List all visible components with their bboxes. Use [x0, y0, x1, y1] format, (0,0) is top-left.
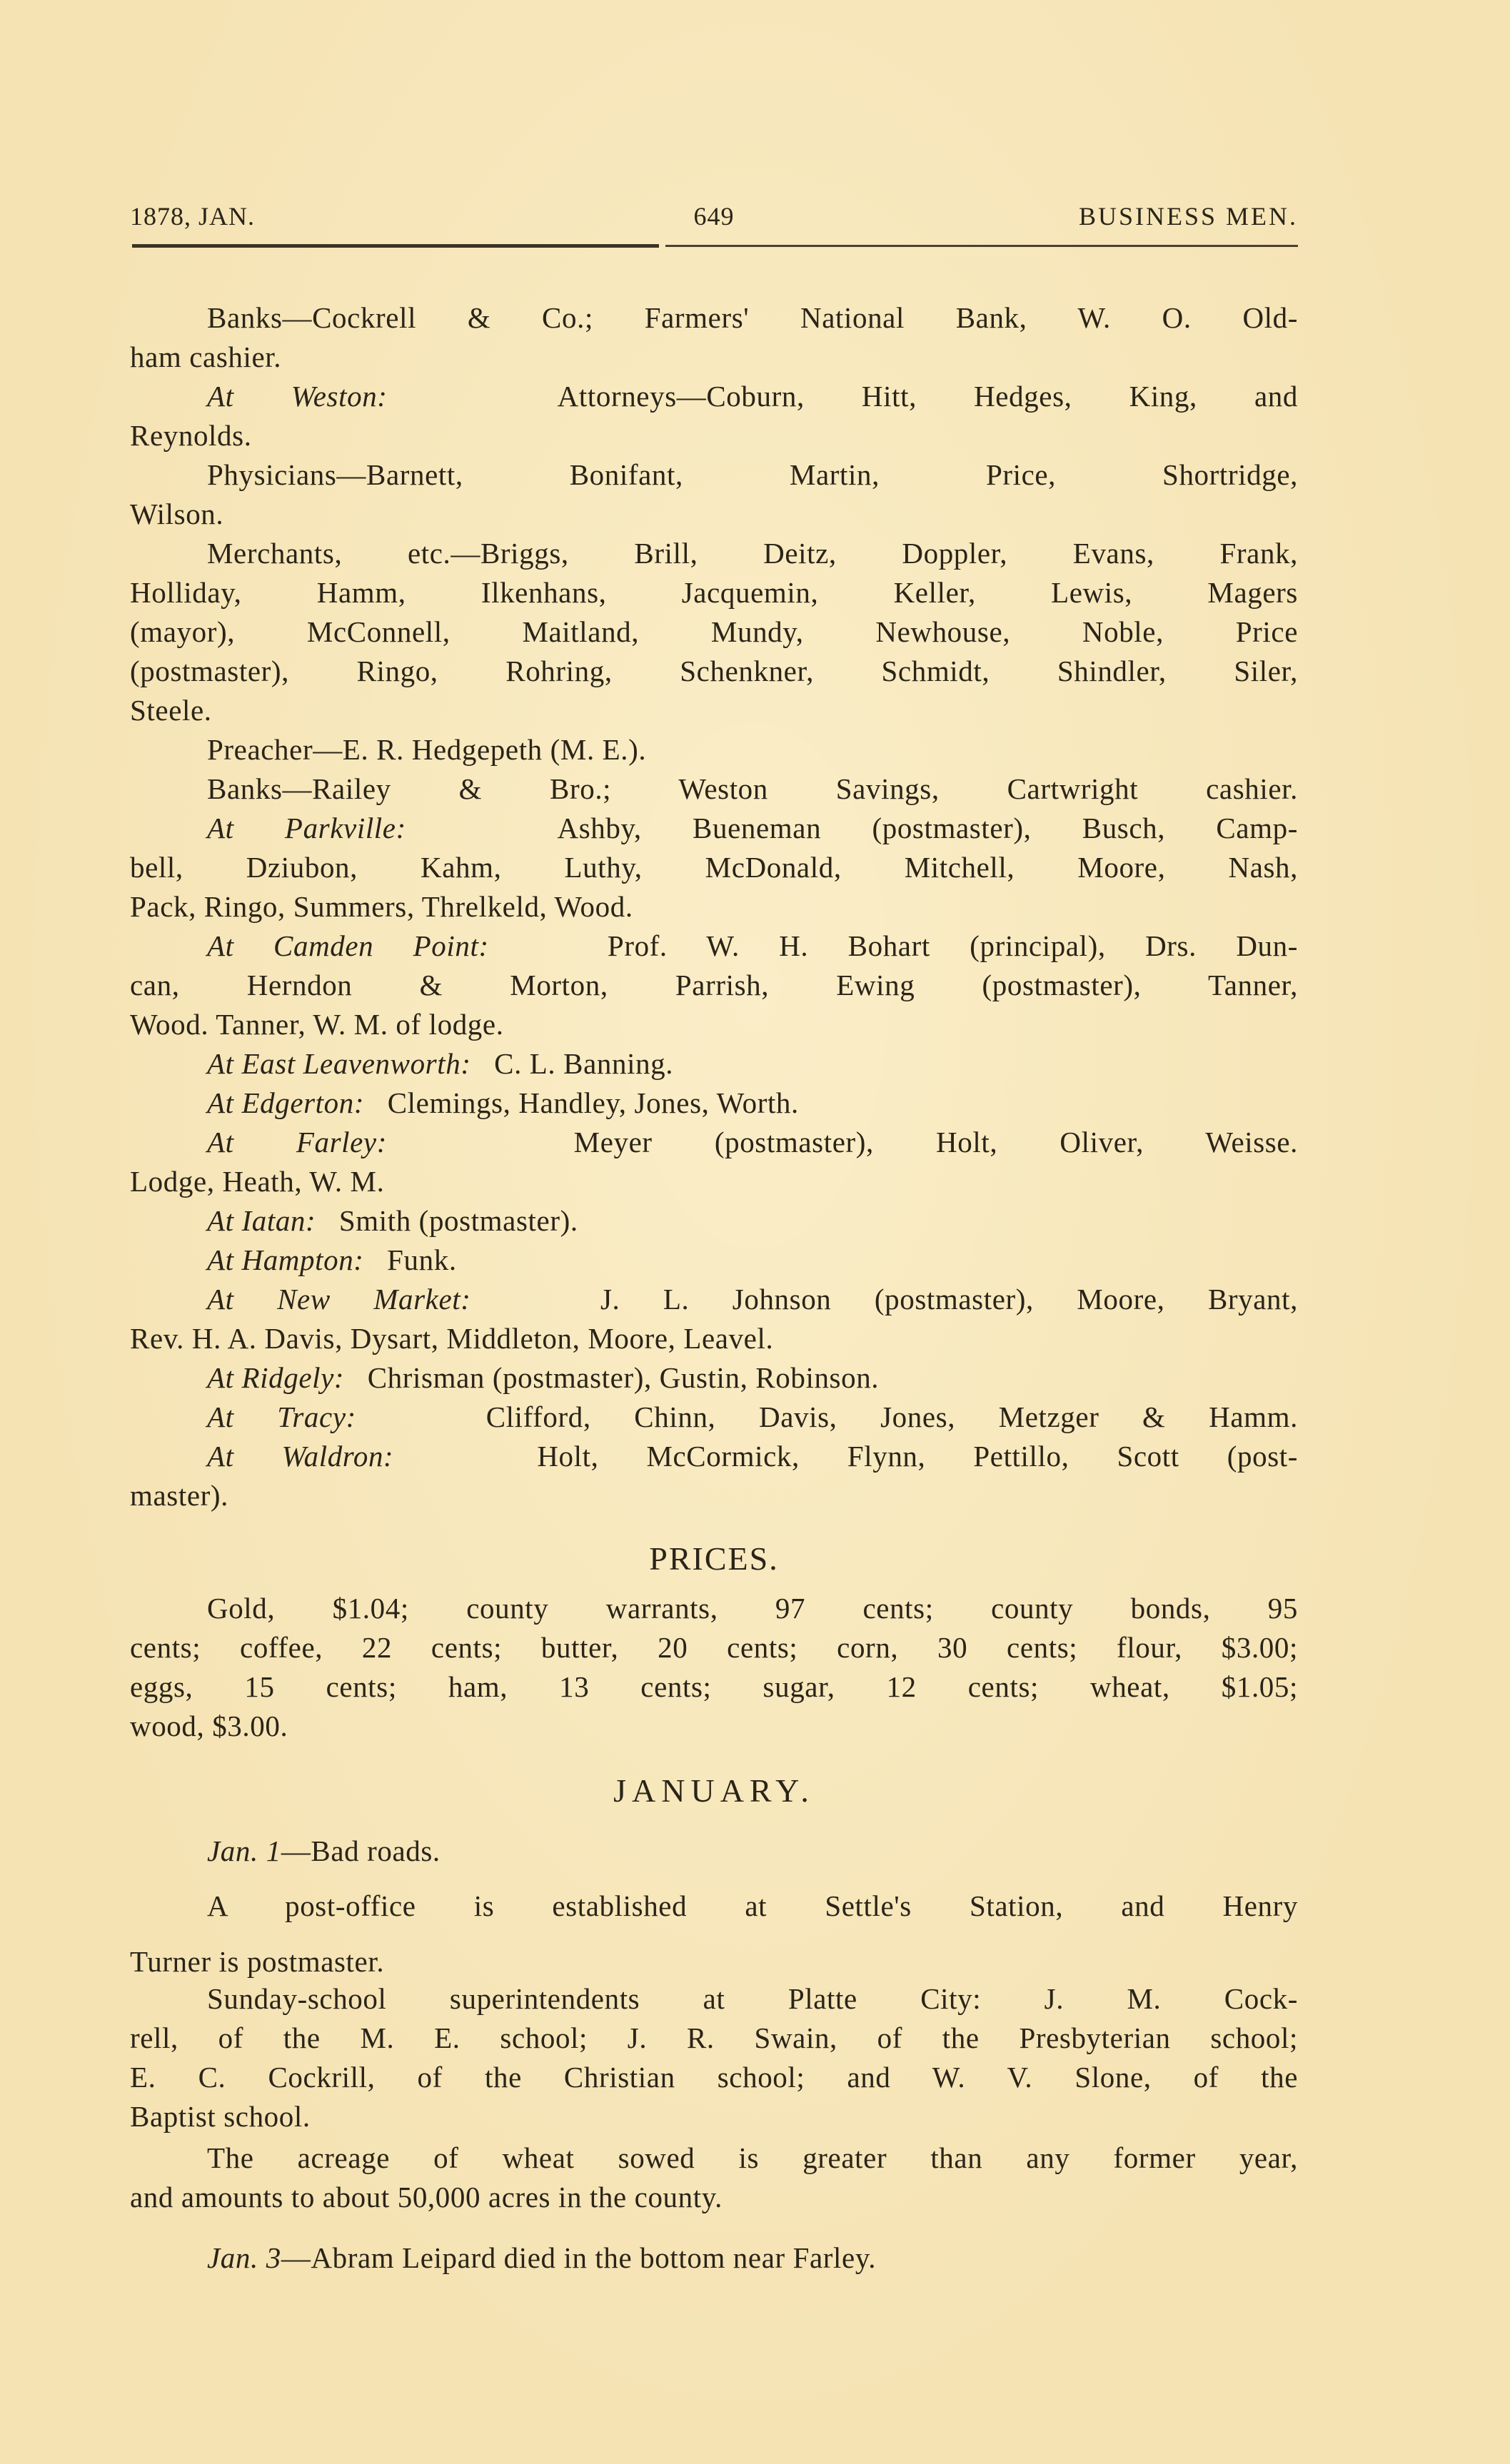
text-line: eggs, 15 cents; ham, 13 cents; sugar, 12… — [130, 1667, 1298, 1707]
text-line: At Ridgely: Chrisman (postmaster), Gusti… — [130, 1358, 1298, 1398]
line-text: and amounts to about 50,000 acres in the… — [130, 2181, 723, 2213]
text-line: At Waldron: Holt, McCormick, Flynn, Pett… — [130, 1437, 1298, 1476]
text-line: Banks—Railey & Bro.; Weston Savings, Car… — [130, 769, 1298, 809]
text-line: Sunday-school superintendents at Platte … — [130, 1979, 1298, 2019]
line-text: (postmaster), Ringo, Rohring, Schenkner,… — [130, 655, 1298, 687]
header-rule-left — [132, 244, 659, 248]
text-line: E. C. Cockrill, of the Christian school;… — [130, 2058, 1298, 2097]
text-line: At Edgerton: Clemings, Handley, Jones, W… — [130, 1084, 1298, 1123]
line-text: Merchants, etc.—Briggs, Brill, Deitz, Do… — [207, 537, 1298, 570]
line-text: Wilson. — [130, 498, 223, 530]
text-line: At Tracy: Clifford, Chinn, Davis, Jones,… — [130, 1398, 1298, 1437]
text-line: Merchants, etc.—Briggs, Brill, Deitz, Do… — [130, 534, 1298, 573]
text-line: Lodge, Heath, W. M. — [130, 1162, 1298, 1201]
line-text: Ashby, Bueneman (postmaster), Busch, Cam… — [558, 812, 1299, 844]
line-text: Banks—Cockrell & Co.; Farmers' National … — [207, 301, 1298, 334]
place-label: At New Market: — [207, 1283, 471, 1316]
line-text: Funk. — [387, 1243, 457, 1276]
line-text: wood, $3.00. — [130, 1710, 288, 1742]
line-text: Preacher—E. R. Hedgepeth (M. E.). — [207, 733, 646, 766]
place-label: Jan. 1 — [207, 1834, 281, 1867]
line-text: Banks—Railey & Bro.; Weston Savings, Car… — [207, 772, 1298, 805]
text-line: Pack, Ringo, Summers, Threlkeld, Wood. — [130, 887, 1298, 926]
line-text: cents; coffee, 22 cents; butter, 20 cent… — [130, 1631, 1298, 1664]
text-line: At Camden Point: Prof. W. H. Bohart (pri… — [130, 926, 1298, 966]
place-label: At Camden Point: — [207, 929, 489, 962]
text-line: At Farley: Meyer (postmaster), Holt, Oli… — [130, 1123, 1298, 1162]
running-head: 1878, JAN. 649 BUSINESS MEN. — [130, 201, 1298, 233]
line-text: Gold, $1.04; county warrants, 97 cents; … — [207, 1592, 1298, 1625]
line-text: The acreage of wheat sowed is greater th… — [207, 2141, 1298, 2174]
text-line: Gold, $1.04; county warrants, 97 cents; … — [130, 1589, 1298, 1628]
text-line: Preacher—E. R. Hedgepeth (M. E.). — [130, 730, 1298, 769]
text-line: Jan. 1—Bad roads. — [130, 1832, 1298, 1871]
line-text: (mayor), McConnell, Maitland, Mundy, New… — [130, 615, 1298, 648]
january-heading: JANUARY. — [130, 1769, 1298, 1812]
line-text: C. L. Banning. — [494, 1047, 673, 1080]
running-head-section: BUSINESS MEN. — [1079, 201, 1298, 231]
line-text: Meyer (postmaster), Holt, Oliver, Weisse… — [574, 1126, 1298, 1158]
line-text: Wood. Tanner, W. M. of lodge. — [130, 1008, 504, 1041]
text-line: and amounts to about 50,000 acres in the… — [130, 2178, 1298, 2217]
text-line: Wood. Tanner, W. M. of lodge. — [130, 1005, 1298, 1044]
place-label: At Waldron: — [207, 1440, 393, 1473]
line-text: Clifford, Chinn, Davis, Jones, Metzger &… — [486, 1400, 1298, 1433]
place-label: At East Leavenworth: — [207, 1047, 471, 1080]
line-text: Steele. — [130, 694, 212, 727]
line-text: Sunday-school superintendents at Platte … — [207, 1982, 1298, 2015]
text-line: ham cashier. — [130, 338, 1298, 377]
text-line: bell, Dziubon, Kahm, Luthy, McDonald, Mi… — [130, 848, 1298, 887]
text-line: At New Market: J. L. Johnson (postmaster… — [130, 1280, 1298, 1319]
line-text: —Bad roads. — [281, 1834, 441, 1867]
book-page: 1878, JAN. 649 BUSINESS MEN. Banks—Cockr… — [0, 0, 1510, 2464]
place-label: At Edgerton: — [207, 1086, 364, 1119]
text-line: cents; coffee, 22 cents; butter, 20 cent… — [130, 1628, 1298, 1667]
line-text: ham cashier. — [130, 340, 281, 373]
text-line: Banks—Cockrell & Co.; Farmers' National … — [130, 298, 1298, 338]
line-text: bell, Dziubon, Kahm, Luthy, McDonald, Mi… — [130, 851, 1298, 884]
line-text: Holt, McCormick, Flynn, Pettillo, Scott … — [537, 1440, 1298, 1473]
text-line: master). — [130, 1476, 1298, 1515]
text-line: Steele. — [130, 691, 1298, 730]
line-text: Pack, Ringo, Summers, Threlkeld, Wood. — [130, 890, 633, 923]
line-text: can, Herndon & Morton, Parrish, Ewing (p… — [130, 969, 1298, 1001]
line-text: Prof. W. H. Bohart (principal), Drs. Dun… — [608, 929, 1298, 962]
text-line: At Hampton: Funk. — [130, 1241, 1298, 1280]
text-line: Baptist school. — [130, 2097, 1298, 2136]
place-label: At Parkville: — [207, 812, 406, 844]
text-line: Holliday, Hamm, Ilkenhans, Jacquemin, Ke… — [130, 573, 1298, 612]
line-text: Chrisman (postmaster), Gustin, Robinson. — [368, 1361, 879, 1394]
place-label: At Weston: — [207, 380, 388, 413]
text-line: The acreage of wheat sowed is greater th… — [130, 2139, 1298, 2178]
text-line: Turner is postmaster. — [130, 1942, 1298, 1981]
line-text: E. C. Cockrill, of the Christian school;… — [130, 2061, 1298, 2094]
text-line: (postmaster), Ringo, Rohring, Schenkner,… — [130, 652, 1298, 691]
text-line: (mayor), McConnell, Maitland, Mundy, New… — [130, 612, 1298, 652]
text-line: wood, $3.00. — [130, 1707, 1298, 1746]
line-text: Clemings, Handley, Jones, Worth. — [388, 1086, 799, 1119]
text-line: can, Herndon & Morton, Parrish, Ewing (p… — [130, 966, 1298, 1005]
line-text: master). — [130, 1479, 228, 1512]
line-text: J. L. Johnson (postmaster), Moore, Bryan… — [600, 1283, 1298, 1316]
text-line: At Weston: Attorneys—Coburn, Hitt, Hedge… — [130, 377, 1298, 416]
line-text: rell, of the M. E. school; J. R. Swain, … — [130, 2021, 1298, 2054]
text-line: Jan. 3—Abram Leipard died in the bottom … — [130, 2238, 1298, 2278]
text-line: Physicians—Barnett, Bonifant, Martin, Pr… — [130, 455, 1298, 495]
text-line: At East Leavenworth: C. L. Banning. — [130, 1044, 1298, 1084]
line-text: Rev. H. A. Davis, Dysart, Middleton, Moo… — [130, 1322, 773, 1355]
line-text: A post-office is established at Settle's… — [207, 1889, 1298, 1922]
place-label: At Iatan: — [207, 1204, 316, 1237]
text-line: Wilson. — [130, 495, 1298, 534]
line-text: Attorneys—Coburn, Hitt, Hedges, King, an… — [558, 380, 1298, 413]
prices-heading: PRICES. — [130, 1538, 1298, 1580]
place-label: At Farley: — [207, 1126, 387, 1158]
line-text: Lodge, Heath, W. M. — [130, 1165, 384, 1198]
line-text: eggs, 15 cents; ham, 13 cents; sugar, 12… — [130, 1670, 1298, 1703]
line-text: Reynolds. — [130, 419, 252, 452]
place-label: Jan. 3 — [207, 2241, 281, 2274]
line-text: Smith (postmaster). — [339, 1204, 578, 1237]
header-rule-right — [665, 245, 1298, 247]
text-line: rell, of the M. E. school; J. R. Swain, … — [130, 2019, 1298, 2058]
text-line: Reynolds. — [130, 416, 1298, 455]
text-line: Rev. H. A. Davis, Dysart, Middleton, Moo… — [130, 1319, 1298, 1358]
place-label: At Hampton: — [207, 1243, 364, 1276]
text-line: A post-office is established at Settle's… — [130, 1887, 1298, 1926]
line-text: Physicians—Barnett, Bonifant, Martin, Pr… — [207, 458, 1298, 491]
line-text: —Abram Leipard died in the bottom near F… — [281, 2241, 876, 2274]
place-label: At Ridgely: — [207, 1361, 344, 1394]
text-line: At Iatan: Smith (postmaster). — [130, 1201, 1298, 1241]
line-text: Turner is postmaster. — [130, 1945, 384, 1978]
line-text: Baptist school. — [130, 2100, 311, 2133]
line-text: Holliday, Hamm, Ilkenhans, Jacquemin, Ke… — [130, 576, 1298, 609]
place-label: At Tracy: — [207, 1400, 356, 1433]
text-line: At Parkville: Ashby, Bueneman (postmaste… — [130, 809, 1298, 848]
